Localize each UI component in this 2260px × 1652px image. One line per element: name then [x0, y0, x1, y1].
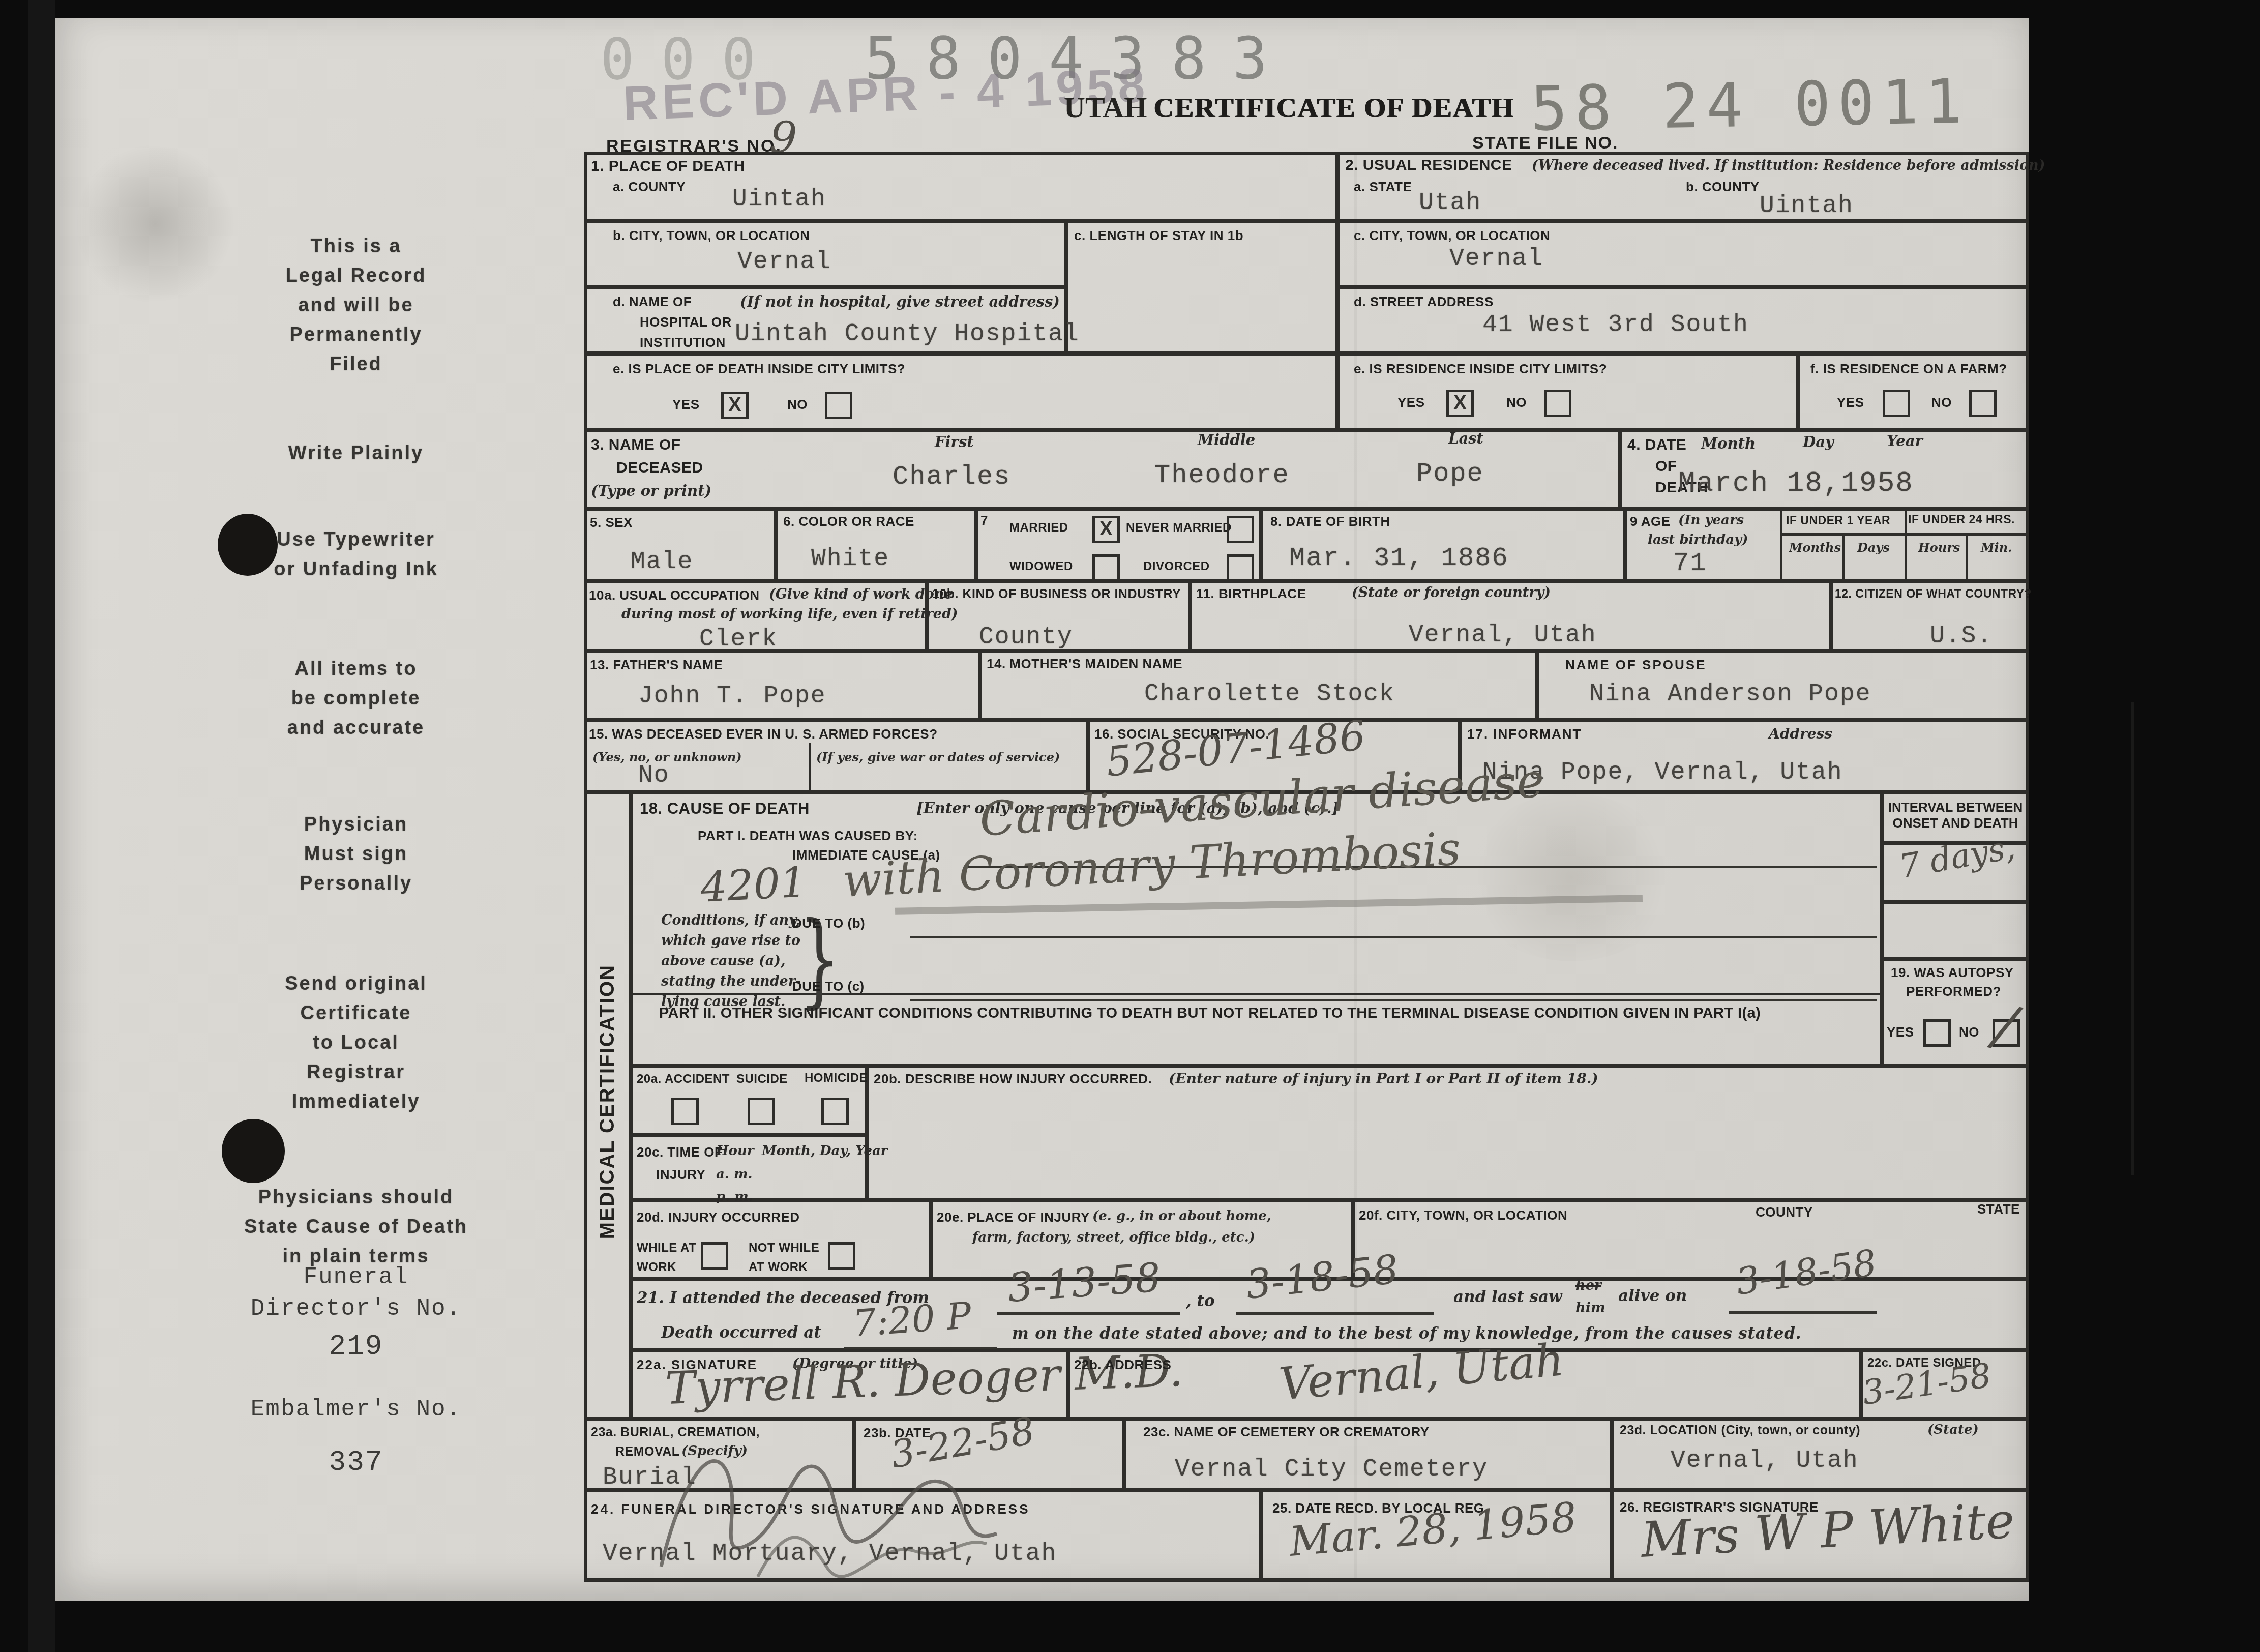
- informant-label: 17. INFORMANT: [1467, 726, 1582, 742]
- not-while-label-2: AT WORK: [749, 1260, 808, 1275]
- residence-city-value: Vernal: [1449, 245, 1543, 273]
- cell-9-divider: [1905, 511, 1907, 579]
- street-address-value: 41 West 3rd South: [1482, 311, 1749, 339]
- married-label: MARRIED: [1009, 521, 1068, 535]
- no-label: NO: [1506, 395, 1527, 410]
- funeral-director-signature-scrawl: [631, 1414, 1266, 1587]
- margin-line: Must sign: [147, 839, 564, 869]
- hour-header: Hour: [716, 1143, 754, 1159]
- conditions-line: stating the under-: [661, 971, 801, 992]
- informant-address-header: Address: [1769, 725, 1832, 742]
- margin-line: Registrar: [147, 1057, 564, 1087]
- under-24-hrs-label: IF UNDER 24 HRS.: [1908, 513, 2015, 526]
- yes-label: YES: [1837, 395, 1864, 410]
- margin-line: Use Typewriter: [147, 525, 564, 554]
- residence-county-value: Uintah: [1760, 192, 1854, 220]
- yes-label: YES: [672, 397, 700, 412]
- never-married-label: NEVER MARRIED: [1126, 521, 1232, 535]
- part2-label: PART II. OTHER SIGNIFICANT CONDITIONS CO…: [659, 1005, 1761, 1022]
- margin-line: Director's No.: [147, 1293, 564, 1324]
- margin-line: All items to: [147, 654, 564, 684]
- age-note-2: last birthday): [1648, 532, 1748, 547]
- film-scratch: [2131, 702, 2134, 1175]
- accident-label: 20a. ACCIDENT: [637, 1072, 730, 1086]
- married-checkbox[interactable]: X: [1092, 516, 1120, 543]
- date-of-birth-value: Mar. 31, 1886: [1289, 543, 1509, 573]
- margin-note-write-plainly: Write Plainly: [147, 438, 564, 468]
- margin-line: Personally: [147, 869, 564, 898]
- attended-text-4: alive on: [1618, 1287, 1687, 1305]
- suicide-label: SUICIDE: [736, 1072, 788, 1086]
- due-to-b-label: DUE TO (b): [792, 916, 865, 931]
- mother-name-label: 14. MOTHER'S MAIDEN NAME: [987, 656, 1182, 672]
- place-of-injury-note-2: farm, factory, street, office bldg., etc…: [972, 1230, 1255, 1245]
- cemetery-location-label: 23d. LOCATION (City, town, or county): [1620, 1423, 1860, 1438]
- margin-line: Physician: [147, 810, 564, 839]
- medical-certification-strip: MEDICAL CERTIFICATION: [596, 975, 619, 1240]
- homicide-checkbox[interactable]: [821, 1098, 849, 1125]
- injury-occurred-label: 20d. INJURY OCCURRED: [637, 1209, 800, 1225]
- occupation-note-2: during most of working life, even if ret…: [621, 606, 958, 622]
- margin-line: Permanently: [147, 320, 564, 349]
- middle-name-value: Theodore: [1154, 460, 1290, 490]
- not-while-label-1: NOT WHILE: [749, 1241, 819, 1255]
- residence-city-limits-no-checkbox[interactable]: [1544, 390, 1571, 417]
- hospital-note: (If not in hospital, give street address…: [740, 293, 1060, 310]
- age-note-1: (In years: [1678, 513, 1744, 528]
- margin-line: Funeral: [147, 1261, 564, 1293]
- while-at-work-checkbox[interactable]: [701, 1242, 728, 1270]
- min-header: Min.: [1981, 540, 2012, 555]
- state-file-no-stamp: 58 24 0011: [1530, 66, 1970, 144]
- margin-line: to Local: [147, 1028, 564, 1057]
- residence-city-label: c. CITY, TOWN, OR LOCATION: [1354, 228, 1550, 244]
- cell-15-divider: [809, 743, 811, 792]
- color-race-label: 6. COLOR OR RACE: [783, 514, 914, 529]
- birthplace-value: Vernal, Utah: [1409, 622, 1597, 649]
- last-name-header: Last: [1448, 430, 1483, 447]
- injury-city-label: 20f. CITY, TOWN, OR LOCATION: [1359, 1207, 1567, 1223]
- cell-9-divider: [1780, 533, 2027, 536]
- conditions-line: Conditions, if any,: [661, 910, 801, 931]
- month-header: Month: [1701, 435, 1756, 452]
- age-value: 71: [1673, 548, 1707, 578]
- length-of-stay-label: c. LENGTH OF STAY IN 1b: [1074, 228, 1243, 244]
- occupation-value: Clerk: [699, 626, 778, 653]
- place-of-injury-note-1: (e. g., in or about home,: [1092, 1208, 1271, 1224]
- residence-farm-label: f. IS RESIDENCE ON A FARM?: [1810, 361, 2007, 377]
- margin-note-physician-sign: Physician Must sign Personally: [147, 810, 564, 898]
- business-industry-value: County: [979, 624, 1073, 651]
- armed-forces-label: 15. WAS DECEASED EVER IN U. S. ARMED FOR…: [589, 726, 938, 742]
- death-city-limits-yes-checkbox[interactable]: X: [721, 392, 749, 419]
- type-or-print-note: (Type or print): [591, 482, 711, 499]
- father-name-value: John T. Pope: [638, 683, 826, 710]
- embalmer-no-label: Embalmer's No.: [147, 1395, 564, 1424]
- place-of-injury-label: 20e. PLACE OF INJURY: [937, 1209, 1090, 1225]
- county-label: a. COUNTY: [613, 179, 686, 195]
- form-title-state: UTAH: [1064, 91, 1147, 125]
- time-of-injury-label-1: 20c. TIME OF: [637, 1144, 723, 1160]
- hours-header: Hours: [1918, 540, 1960, 555]
- first-name-header: First: [935, 433, 974, 451]
- time-of-injury-label-2: INJURY: [656, 1167, 705, 1183]
- ink-blot-bottom: [222, 1119, 285, 1183]
- accident-checkbox[interactable]: [671, 1098, 699, 1125]
- margin-line: This is a: [147, 231, 564, 261]
- margin-line: and will be: [147, 290, 564, 320]
- day-header: Day: [1803, 433, 1834, 451]
- hospital-value: Uintah County Hospital: [735, 320, 1080, 348]
- pm-header: p. m.: [716, 1189, 753, 1204]
- middle-name-header: Middle: [1198, 431, 1255, 449]
- hospital-label-1: d. NAME OF: [613, 294, 692, 310]
- spouse-name-value: Nina Anderson Pope: [1589, 681, 1871, 708]
- sex-label: 5. SEX: [590, 515, 633, 530]
- suicide-checkbox[interactable]: [748, 1098, 775, 1125]
- attended-from-line: [997, 1312, 1180, 1315]
- place-of-death-label: 1. PLACE OF DEATH: [591, 158, 745, 175]
- divorced-label: DIVORCED: [1143, 559, 1210, 574]
- hospital-label-2: HOSPITAL OR: [640, 314, 732, 330]
- death-occurred-text-2: m on the date stated above; and to the b…: [1012, 1324, 1801, 1343]
- while-at-work-label-1: WHILE AT: [637, 1241, 696, 1255]
- margin-line: be complete: [147, 684, 564, 713]
- death-occurred-text-1: Death occurred at: [661, 1323, 821, 1342]
- margin-line: Legal Record: [147, 261, 564, 290]
- occupation-label: 10a. USUAL OCCUPATION: [589, 587, 760, 603]
- widowed-checkbox[interactable]: [1092, 554, 1120, 582]
- no-label: NO: [1959, 1024, 1979, 1040]
- date-of-birth-label: 8. DATE OF BIRTH: [1270, 514, 1390, 529]
- conditions-note-block: Conditions, if any, which gave rise to a…: [661, 910, 801, 1012]
- injury-state-header: STATE: [1977, 1201, 2020, 1217]
- autopsy-yes-checkbox[interactable]: [1923, 1019, 1951, 1047]
- date-of-death-label-1: 4. DATE: [1627, 436, 1686, 454]
- margin-line: Immediately: [147, 1087, 564, 1116]
- margin-note-typewriter: Use Typewriter or Unfading Ink: [147, 525, 564, 584]
- margin-line: Send original: [147, 969, 564, 998]
- homicide-label: HOMICIDE: [805, 1071, 868, 1085]
- scrawl-stroke: [758, 1537, 987, 1577]
- injury-county-header: COUNTY: [1756, 1204, 1813, 1220]
- due-to-b-line: [910, 936, 1877, 938]
- city-value: Vernal: [737, 248, 831, 276]
- date-of-death-value: March 18,1958: [1678, 467, 1914, 499]
- widowed-label: WIDOWED: [1009, 559, 1073, 574]
- residence-state-value: Utah: [1419, 189, 1481, 217]
- usual-residence-note: (Where deceased lived. If institution: R…: [1532, 158, 2045, 173]
- death-city-limits-label: e. IS PLACE OF DEATH INSIDE CITY LIMITS?: [613, 361, 905, 377]
- residence-city-limits-yes-checkbox[interactable]: X: [1446, 390, 1474, 417]
- am-header: a. m.: [716, 1167, 753, 1182]
- no-label: NO: [787, 397, 808, 412]
- sex-value: Male: [631, 548, 693, 576]
- attended-to-line: [1236, 1312, 1434, 1315]
- year-header: Year: [1887, 432, 1923, 450]
- no-label: NO: [1931, 395, 1952, 410]
- residence-state-label: a. STATE: [1354, 179, 1412, 195]
- due-to-c-line: [910, 999, 1877, 1001]
- days-header: Days: [1857, 540, 1890, 555]
- street-address-label: d. STREET ADDRESS: [1354, 294, 1494, 310]
- marital-num: 7: [980, 513, 988, 528]
- occupation-note-1: (Give kind of work done: [769, 586, 953, 602]
- yes-label: YES: [1397, 395, 1425, 410]
- armed-forces-note-2: (If yes, give war or dates of service): [816, 750, 1060, 764]
- never-married-checkbox[interactable]: [1227, 516, 1254, 543]
- citizen-label: 12. CITIZEN OF WHAT COUNTRY?: [1835, 587, 2032, 601]
- divorced-checkbox[interactable]: [1227, 554, 1254, 582]
- autopsy-label-1: 19. WAS AUTOPSY: [1891, 965, 2014, 981]
- margin-line: or Unfading Ink: [147, 554, 564, 584]
- margin-line: and accurate: [147, 713, 564, 743]
- last-alive-line: [1729, 1311, 1877, 1314]
- her-struck: her: [1575, 1278, 1601, 1293]
- yes-label: YES: [1887, 1024, 1914, 1040]
- death-time-value: 7:20 P: [851, 1294, 972, 1345]
- city-label: b. CITY, TOWN, OR LOCATION: [613, 228, 810, 244]
- residence-farm-yes-checkbox[interactable]: [1883, 390, 1910, 417]
- residence-farm-no-checkbox[interactable]: [1969, 390, 1997, 417]
- interval-header-line: INTERVAL BETWEEN: [1882, 800, 2029, 815]
- first-name-value: Charles: [893, 462, 1010, 492]
- age-label: 9 AGE: [1630, 514, 1671, 529]
- father-name-label: 13. FATHER'S NAME: [590, 657, 723, 673]
- interval-header: INTERVAL BETWEEN ONSET AND DEATH: [1882, 800, 2029, 831]
- scanned-death-certificate: 000 5804383 REC'D APR - 4 1958 UTAH CERT…: [0, 0, 2260, 1652]
- film-edge-left: [28, 0, 55, 1652]
- margin-note-send-original: Send original Certificate to Local Regis…: [147, 969, 564, 1116]
- margin-line: Certificate: [147, 998, 564, 1028]
- name-of-deceased-label-2: DECEASED: [616, 459, 703, 477]
- autopsy-label-2: PERFORMED?: [1906, 984, 2001, 999]
- him-label: him: [1575, 1300, 1605, 1316]
- not-while-at-work-checkbox[interactable]: [828, 1242, 855, 1270]
- cause-code-value: 4201: [699, 858, 808, 912]
- spouse-name-label: NAME OF SPOUSE: [1565, 657, 1706, 673]
- last-name-value: Pope: [1416, 459, 1484, 489]
- physician-address-label: 22b. ADDRESS: [1074, 1357, 1171, 1373]
- conditions-line: which gave rise to: [661, 931, 801, 951]
- form-title-main: CERTIFICATE OF DEATH: [1153, 92, 1514, 124]
- birthplace-label: 11. BIRTHPLACE: [1196, 586, 1306, 602]
- while-at-work-label-2: WORK: [637, 1260, 676, 1275]
- interval-header-line: ONSET AND DEATH: [1882, 815, 2029, 831]
- months-header: Months: [1789, 540, 1841, 555]
- funeral-director-no-label: Funeral Director's No.: [147, 1261, 564, 1324]
- describe-injury-note: (Enter nature of injury in Part I or Par…: [1169, 1070, 1598, 1087]
- margin-note-complete: All items to be complete and accurate: [147, 654, 564, 743]
- color-race-value: White: [811, 545, 889, 573]
- birthplace-note: (State or foreign country): [1352, 585, 1551, 601]
- death-time-line: [844, 1347, 997, 1349]
- armed-forces-value: No: [638, 762, 670, 789]
- citizen-value: U.S.: [1930, 623, 1993, 650]
- county-value: Uintah: [732, 186, 826, 213]
- usual-residence-label: 2. USUAL RESIDENCE: [1345, 157, 1512, 174]
- conditions-line: above cause (a),: [661, 951, 801, 971]
- margin-note-plain-terms: Physicians should State Cause of Death i…: [147, 1183, 564, 1271]
- date-of-death-label-2: OF: [1655, 458, 1677, 475]
- cemetery-location-value: Vernal, Utah: [1671, 1447, 1859, 1474]
- attended-text-3: and last saw: [1453, 1288, 1562, 1306]
- state-note: (State): [1927, 1422, 1979, 1437]
- due-to-c-label: DUE TO (c): [792, 979, 865, 994]
- part1-label: PART I. DEATH WAS CAUSED BY:: [698, 828, 918, 844]
- hospital-label-3: INSTITUTION: [640, 335, 726, 350]
- cell-9-divider: [1966, 535, 1968, 579]
- cell-9-divider: [1842, 535, 1845, 579]
- margin-line: Physicians should: [147, 1183, 564, 1212]
- attended-text-2: , to: [1186, 1292, 1215, 1310]
- embalmer-no-value: 337: [147, 1448, 564, 1477]
- death-city-limits-no-checkbox[interactable]: [825, 392, 852, 419]
- mother-name-value: Charolette Stock: [1144, 681, 1395, 708]
- cause-of-death-label: 18. CAUSE OF DEATH: [640, 800, 810, 818]
- business-industry-label: 10b. KIND OF BUSINESS OR INDUSTRY: [932, 587, 1181, 602]
- under-1-year-label: IF UNDER 1 YEAR: [1786, 514, 1890, 527]
- cell-9-divider: [1780, 511, 1782, 579]
- name-of-deceased-label-1: 3. NAME OF: [591, 436, 681, 454]
- margin-note-legal-record: This is a Legal Record and will be Perma…: [147, 231, 564, 379]
- funeral-director-no-value: 219: [147, 1332, 564, 1361]
- month-day-year-header: Month, Day, Year: [762, 1143, 888, 1159]
- margin-line: Filed: [147, 349, 564, 379]
- describe-injury-label: 20b. DESCRIBE HOW INJURY OCCURRED.: [874, 1071, 1152, 1087]
- residence-county-label: b. COUNTY: [1686, 179, 1760, 195]
- cell-interval-empty: [1882, 902, 2029, 959]
- margin-line: State Cause of Death: [147, 1212, 564, 1242]
- residence-city-limits-label: e. IS RESIDENCE INSIDE CITY LIMITS?: [1354, 361, 1607, 377]
